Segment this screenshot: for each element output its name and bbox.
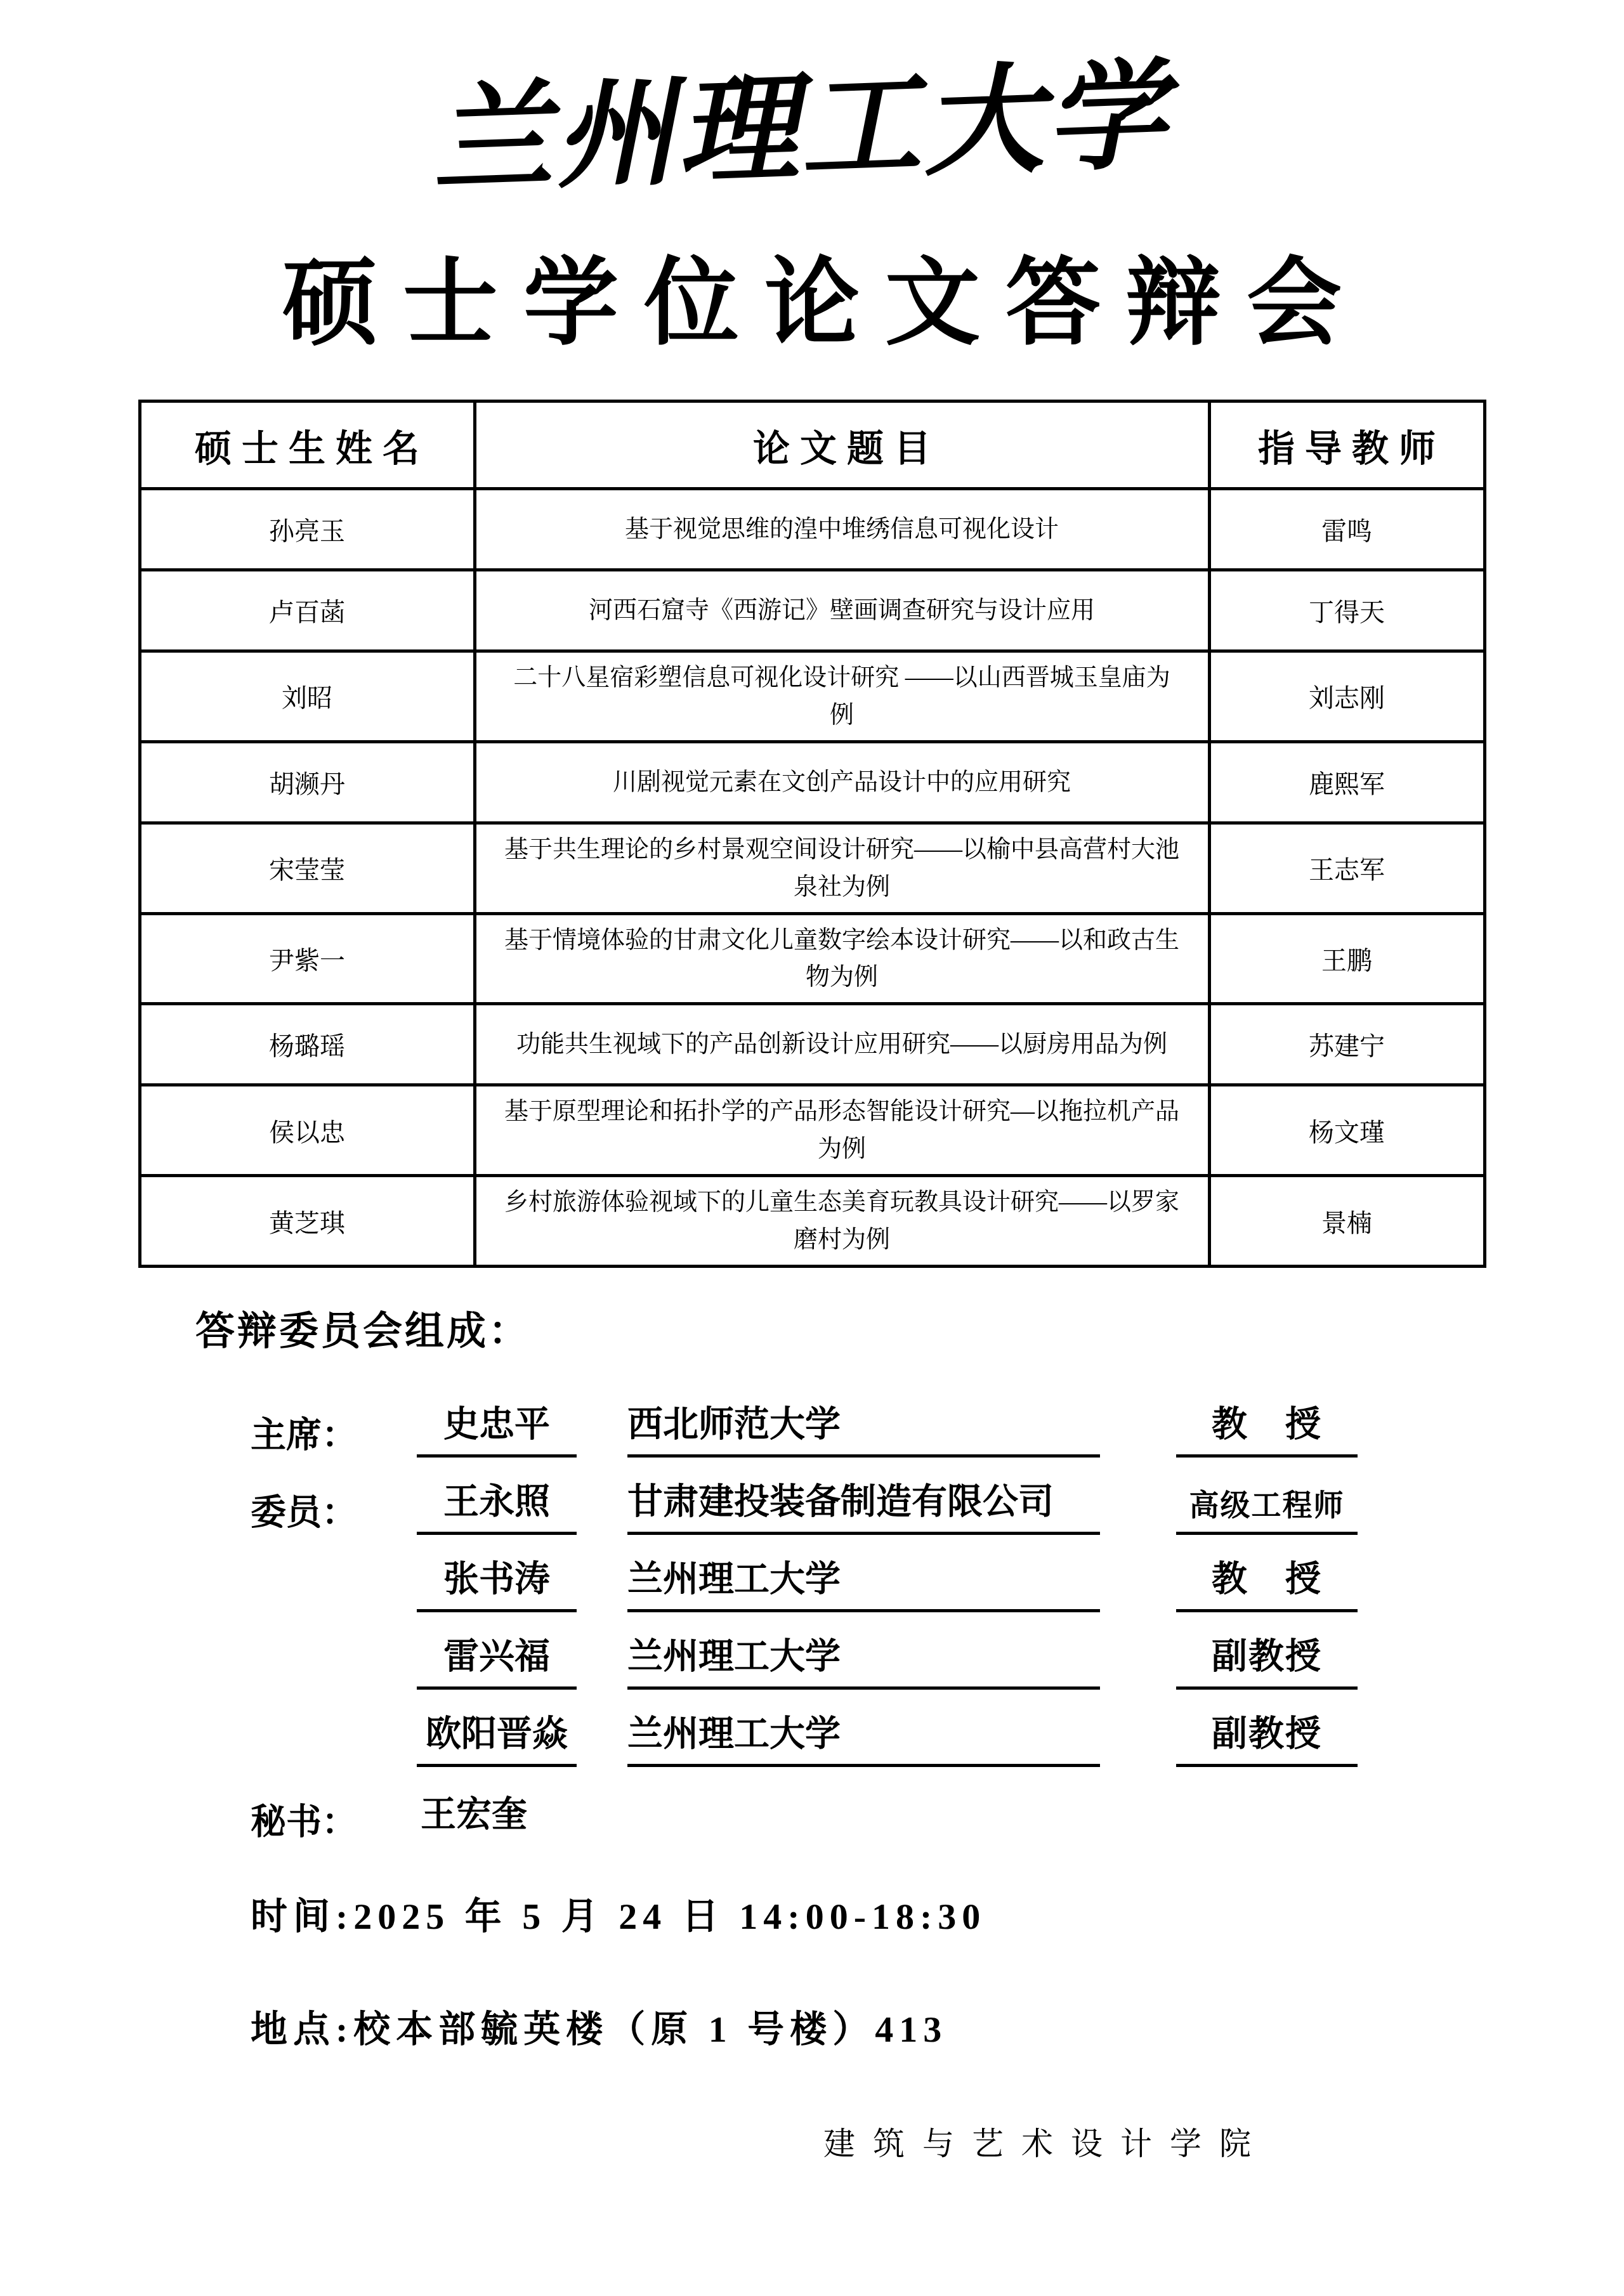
secretary-name: 王宏奎	[417, 1786, 577, 1844]
thesis-title: 河西石窟寺《西游记》壁画调查研究与设计应用	[475, 570, 1209, 651]
committee-member-row: 张书涛 兰州理工大学 教 授	[251, 1562, 1624, 1612]
advisor-name: 刘志刚	[1209, 651, 1484, 742]
thesis-title: 基于共生理论的乡村景观空间设计研究——以榆中县高营村大池泉社为例	[475, 823, 1209, 913]
thesis-title: 基于原型理论和拓扑学的产品形态智能设计研究—以拖拉机产品为例	[475, 1085, 1209, 1176]
advisor-name: 鹿熙军	[1209, 741, 1484, 823]
committee-role-label: 主席：	[251, 1407, 417, 1458]
committee-member-affiliation: 兰州理工大学	[627, 1628, 1100, 1690]
table-row: 孙亮玉 基于视觉思维的湟中堆绣信息可视化设计 雷鸣	[140, 489, 1484, 570]
student-name: 黄芝琪	[140, 1176, 475, 1267]
page-title: 硕士学位论文答辩会	[0, 226, 1624, 363]
student-name: 尹紫一	[140, 913, 475, 1004]
advisor-name: 景楠	[1209, 1176, 1484, 1267]
defense-time: 时间:2025 年 5 月 24 日 14:00-18:30	[251, 1886, 1624, 1940]
committee-member-name: 欧阳晋焱	[417, 1706, 577, 1767]
committee-member-name: 雷兴福	[417, 1628, 577, 1690]
table-row: 侯以忠 基于原型理论和拓扑学的产品形态智能设计研究—以拖拉机产品为例 杨文瑾	[140, 1085, 1484, 1176]
table-row: 宋莹莹 基于共生理论的乡村景观空间设计研究——以榆中县高营村大池泉社为例 王志军	[140, 823, 1484, 913]
advisor-name: 苏建宁	[1209, 1004, 1484, 1085]
thesis-title: 基于情境体验的甘肃文化儿童数字绘本设计研究——以和政古生物为例	[475, 913, 1209, 1004]
student-name: 宋莹莹	[140, 823, 475, 913]
defense-announcement-page: 兰州理工大学 硕士学位论文答辩会 硕士生姓名 论文题目 指导教师 孙亮玉 基于视…	[0, 0, 1624, 2296]
table-row: 尹紫一 基于情境体验的甘肃文化儿童数字绘本设计研究——以和政古生物为例 王鹏	[140, 913, 1484, 1004]
advisor-name: 王鹏	[1209, 913, 1484, 1004]
table-header-row: 硕士生姓名 论文题目 指导教师	[140, 401, 1484, 489]
student-name: 杨璐瑶	[140, 1004, 475, 1085]
column-header-thesis-title: 论文题目	[475, 401, 1209, 489]
thesis-title: 二十八星宿彩塑信息可视化设计研究 ——以山西晋城玉皇庙为例	[475, 651, 1209, 742]
committee-member-affiliation: 兰州理工大学	[627, 1706, 1100, 1767]
committee-member-affiliation: 西北师范大学	[627, 1396, 1100, 1458]
advisor-name: 雷鸣	[1209, 489, 1484, 570]
thesis-title: 功能共生视域下的产品创新设计应用研究——以厨房用品为例	[475, 1004, 1209, 1085]
defense-schedule-table: 硕士生姓名 论文题目 指导教师 孙亮玉 基于视觉思维的湟中堆绣信息可视化设计 雷…	[138, 400, 1486, 1268]
committee-member-row: 委员： 王永照 甘肃建投装备制造有限公司 高级工程师	[251, 1484, 1624, 1535]
student-name: 孙亮玉	[140, 489, 475, 570]
table-row: 刘昭 二十八星宿彩塑信息可视化设计研究 ——以山西晋城玉皇庙为例 刘志刚	[140, 651, 1484, 742]
table-row: 胡濒丹 川剧视觉元素在文创产品设计中的应用研究 鹿熙军	[140, 741, 1484, 823]
table-row: 杨璐瑶 功能共生视域下的产品创新设计应用研究——以厨房用品为例 苏建宁	[140, 1004, 1484, 1085]
student-name: 胡濒丹	[140, 741, 475, 823]
committee-role-label: 委员：	[251, 1484, 417, 1535]
committee-member-name: 史忠平	[417, 1396, 577, 1458]
committee-secretary-row: 秘书： 王宏奎	[251, 1794, 1624, 1844]
student-name: 刘昭	[140, 651, 475, 742]
university-logo-wrap: 兰州理工大学	[0, 0, 1624, 209]
table-row: 黄芝琪 乡村旅游体验视域下的儿童生态美育玩教具设计研究——以罗家磨村为例 景楠	[140, 1176, 1484, 1267]
department-signature: 建筑与艺术设计学院	[823, 2118, 1624, 2164]
student-name: 侯以忠	[140, 1085, 475, 1176]
committee-member-affiliation: 甘肃建投装备制造有限公司	[627, 1473, 1100, 1535]
advisor-name: 杨文瑾	[1209, 1085, 1484, 1176]
committee-member-name: 王永照	[417, 1473, 577, 1535]
thesis-title: 川剧视觉元素在文创产品设计中的应用研究	[475, 741, 1209, 823]
committee-member-title: 高级工程师	[1176, 1482, 1358, 1535]
committee-list: 主席： 史忠平 西北师范大学 教 授 委员： 王永照 甘肃建投装备制造有限公司 …	[251, 1407, 1624, 1844]
thesis-title: 乡村旅游体验视域下的儿童生态美育玩教具设计研究——以罗家磨村为例	[475, 1176, 1209, 1267]
committee-member-affiliation: 兰州理工大学	[627, 1551, 1100, 1612]
committee-heading: 答辩委员会组成：	[195, 1300, 1624, 1356]
advisor-name: 丁得天	[1209, 570, 1484, 651]
university-calligraphy-logo: 兰州理工大学	[427, 19, 1196, 216]
committee-member-title: 副教授	[1176, 1628, 1358, 1690]
advisor-name: 王志军	[1209, 823, 1484, 913]
column-header-advisor: 指导教师	[1209, 401, 1484, 489]
committee-member-title: 教 授	[1176, 1551, 1358, 1612]
committee-member-row: 欧阳晋焱 兰州理工大学 副教授	[251, 1716, 1624, 1767]
committee-member-title: 副教授	[1176, 1706, 1358, 1767]
table-row: 卢百菡 河西石窟寺《西游记》壁画调查研究与设计应用 丁得天	[140, 570, 1484, 651]
column-header-student-name: 硕士生姓名	[140, 401, 475, 489]
defense-location: 地点:校本部毓英楼（原 1 号楼）413	[251, 1999, 1624, 2052]
thesis-title: 基于视觉思维的湟中堆绣信息可视化设计	[475, 489, 1209, 570]
committee-member-title: 教 授	[1176, 1396, 1358, 1458]
student-name: 卢百菡	[140, 570, 475, 651]
committee-member-row: 主席： 史忠平 西北师范大学 教 授	[251, 1407, 1624, 1458]
committee-member-row: 雷兴福 兰州理工大学 副教授	[251, 1639, 1624, 1690]
committee-member-name: 张书涛	[417, 1551, 577, 1612]
secretary-role-label: 秘书：	[251, 1794, 417, 1844]
